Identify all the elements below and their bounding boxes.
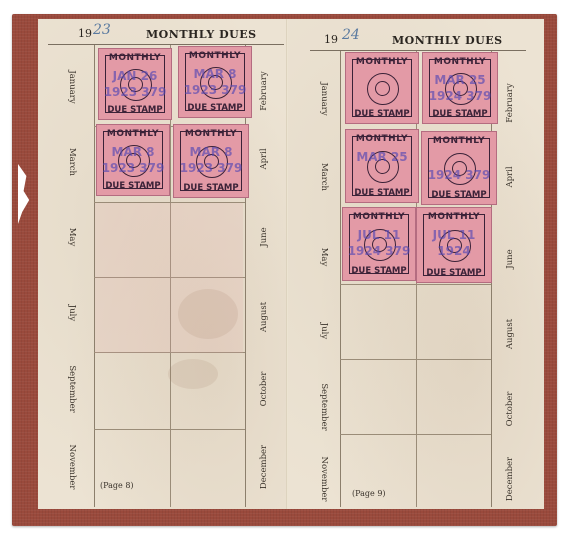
stamp-top-text: MONTHLY bbox=[417, 212, 491, 222]
stamp-bottom-text: DUE STAMP bbox=[422, 190, 496, 200]
month-label-november: November bbox=[319, 457, 329, 502]
month-label-february: February bbox=[505, 83, 515, 122]
page-title: MONTHLY DUES bbox=[392, 34, 503, 47]
dues-stamp-january: MONTHLY DUE STAMP JAN 26 1923 379 bbox=[98, 48, 172, 120]
stamp-bottom-text: DUE STAMP bbox=[423, 109, 497, 119]
stamp-bottom-text: DUE STAMP bbox=[99, 105, 171, 115]
year-prefix: 19 bbox=[78, 27, 92, 40]
month-label-april: April bbox=[259, 148, 269, 169]
stamp-top-text: MONTHLY bbox=[343, 212, 415, 222]
stamp-top-text: MONTHLY bbox=[99, 53, 171, 63]
month-label-february: February bbox=[259, 71, 269, 110]
month-label-may: May bbox=[67, 228, 77, 247]
cancel-date: MAR 8 bbox=[183, 67, 247, 81]
month-label-august: August bbox=[259, 302, 269, 332]
stamp-bottom-text: DUE STAMP bbox=[174, 183, 248, 193]
left-page-header: 19 23 MONTHLY DUES bbox=[38, 27, 288, 45]
dues-stamp-june: MONTHLY DUE STAMP JUL 11 1924 bbox=[416, 207, 492, 283]
month-label-june: June bbox=[505, 249, 515, 268]
month-label-march: March bbox=[67, 148, 77, 176]
stamp-top-text: MONTHLY bbox=[422, 136, 496, 146]
cancel-year: 1924 bbox=[421, 244, 487, 258]
dues-stamp-april: MONTHLY DUE STAMP 1924 379 bbox=[421, 131, 497, 205]
paper-stain bbox=[178, 289, 238, 339]
dues-stamp-march: MONTHLY DUE STAMP MAR 8 1923 379 bbox=[96, 124, 170, 196]
month-label-january: January bbox=[319, 82, 329, 115]
grid-row-line bbox=[340, 434, 491, 435]
right-page: 19 24 MONTHLY DUES January March May Jul… bbox=[288, 19, 544, 509]
month-label-march: March bbox=[319, 163, 329, 191]
cancel-year: 1924 379 bbox=[426, 168, 492, 182]
cancel-date: MAR 25 bbox=[350, 150, 414, 164]
stamp-top-text: MONTHLY bbox=[97, 129, 169, 139]
page-title: MONTHLY DUES bbox=[146, 28, 257, 41]
year-prefix: 19 bbox=[324, 33, 338, 46]
month-label-july: July bbox=[319, 323, 329, 339]
month-label-october: October bbox=[505, 392, 515, 427]
dues-stamp-february: MONTHLY DUE STAMP MAR 25 1924 379 bbox=[422, 52, 498, 124]
month-label-december: December bbox=[505, 457, 515, 501]
month-label-april: April bbox=[505, 166, 515, 187]
dues-stamp-january: MONTHLY DUE STAMP bbox=[345, 52, 419, 124]
dues-stamp-april: MONTHLY DUE STAMP MAR 8 1923 379 bbox=[173, 124, 249, 198]
month-label-june: June bbox=[259, 227, 269, 246]
cancel-date: MAR 8 bbox=[178, 145, 244, 159]
month-label-july: July bbox=[67, 305, 77, 321]
seal-icon bbox=[367, 73, 399, 105]
month-label-september: September bbox=[67, 365, 77, 412]
paper-stain bbox=[168, 359, 218, 389]
dues-stamp-march: MONTHLY DUE STAMP MAR 25 bbox=[345, 129, 419, 203]
cancel-year: 1923 379 bbox=[101, 161, 165, 175]
cancel-date: MAR 25 bbox=[427, 73, 493, 87]
cover-tear bbox=[18, 164, 32, 224]
stamp-top-text: MONTHLY bbox=[179, 51, 251, 61]
cancel-year: 1923 379 bbox=[178, 161, 244, 175]
page-number-label: (Page 8) bbox=[100, 481, 134, 490]
month-label-january: January bbox=[67, 70, 77, 103]
stamp-top-text: MONTHLY bbox=[346, 57, 418, 67]
right-page-header: 19 24 MONTHLY DUES bbox=[288, 27, 544, 45]
stamp-bottom-text: DUE STAMP bbox=[343, 266, 415, 276]
month-label-november: November bbox=[67, 445, 77, 490]
stamp-bottom-text: DUE STAMP bbox=[346, 109, 418, 119]
year-handwritten: 23 bbox=[93, 22, 111, 38]
cancel-year: 1923 379 bbox=[103, 85, 167, 99]
dues-stamp-february: MONTHLY DUE STAMP MAR 8 1923 379 bbox=[178, 46, 252, 118]
cancel-year: 1924 379 bbox=[347, 244, 411, 258]
stamp-bottom-text: DUE STAMP bbox=[417, 268, 491, 278]
left-page: 19 23 MONTHLY DUES January March May Jul… bbox=[38, 19, 288, 509]
grid-row-line bbox=[94, 429, 245, 430]
stamp-bottom-text: DUE STAMP bbox=[179, 103, 251, 113]
page-number-label: (Page 9) bbox=[352, 489, 386, 498]
cancel-year: 1924 379 bbox=[427, 89, 493, 103]
month-label-august: August bbox=[505, 319, 515, 349]
grid-row-line bbox=[340, 359, 491, 360]
month-label-may: May bbox=[319, 248, 329, 267]
dues-stamp-may: MONTHLY DUE STAMP JUL 11 1924 379 bbox=[342, 207, 416, 281]
grid-row-line bbox=[340, 284, 491, 285]
cancel-date: JUL 11 bbox=[347, 228, 411, 242]
stamp-top-text: MONTHLY bbox=[174, 129, 248, 139]
cancel-year: 1923 379 bbox=[183, 83, 247, 97]
cancel-date: MAR 8 bbox=[101, 145, 165, 159]
stamp-bottom-text: DUE STAMP bbox=[346, 188, 418, 198]
cancel-date: JAN 26 bbox=[103, 69, 167, 83]
month-label-december: December bbox=[259, 445, 269, 489]
year-handwritten: 24 bbox=[342, 27, 360, 43]
stamp-bottom-text: DUE STAMP bbox=[97, 181, 169, 191]
month-label-september: September bbox=[319, 383, 329, 430]
cancel-date: JUL 11 bbox=[421, 228, 487, 242]
stamp-top-text: MONTHLY bbox=[423, 57, 497, 67]
month-label-october: October bbox=[259, 372, 269, 407]
stamp-top-text: MONTHLY bbox=[346, 134, 418, 144]
